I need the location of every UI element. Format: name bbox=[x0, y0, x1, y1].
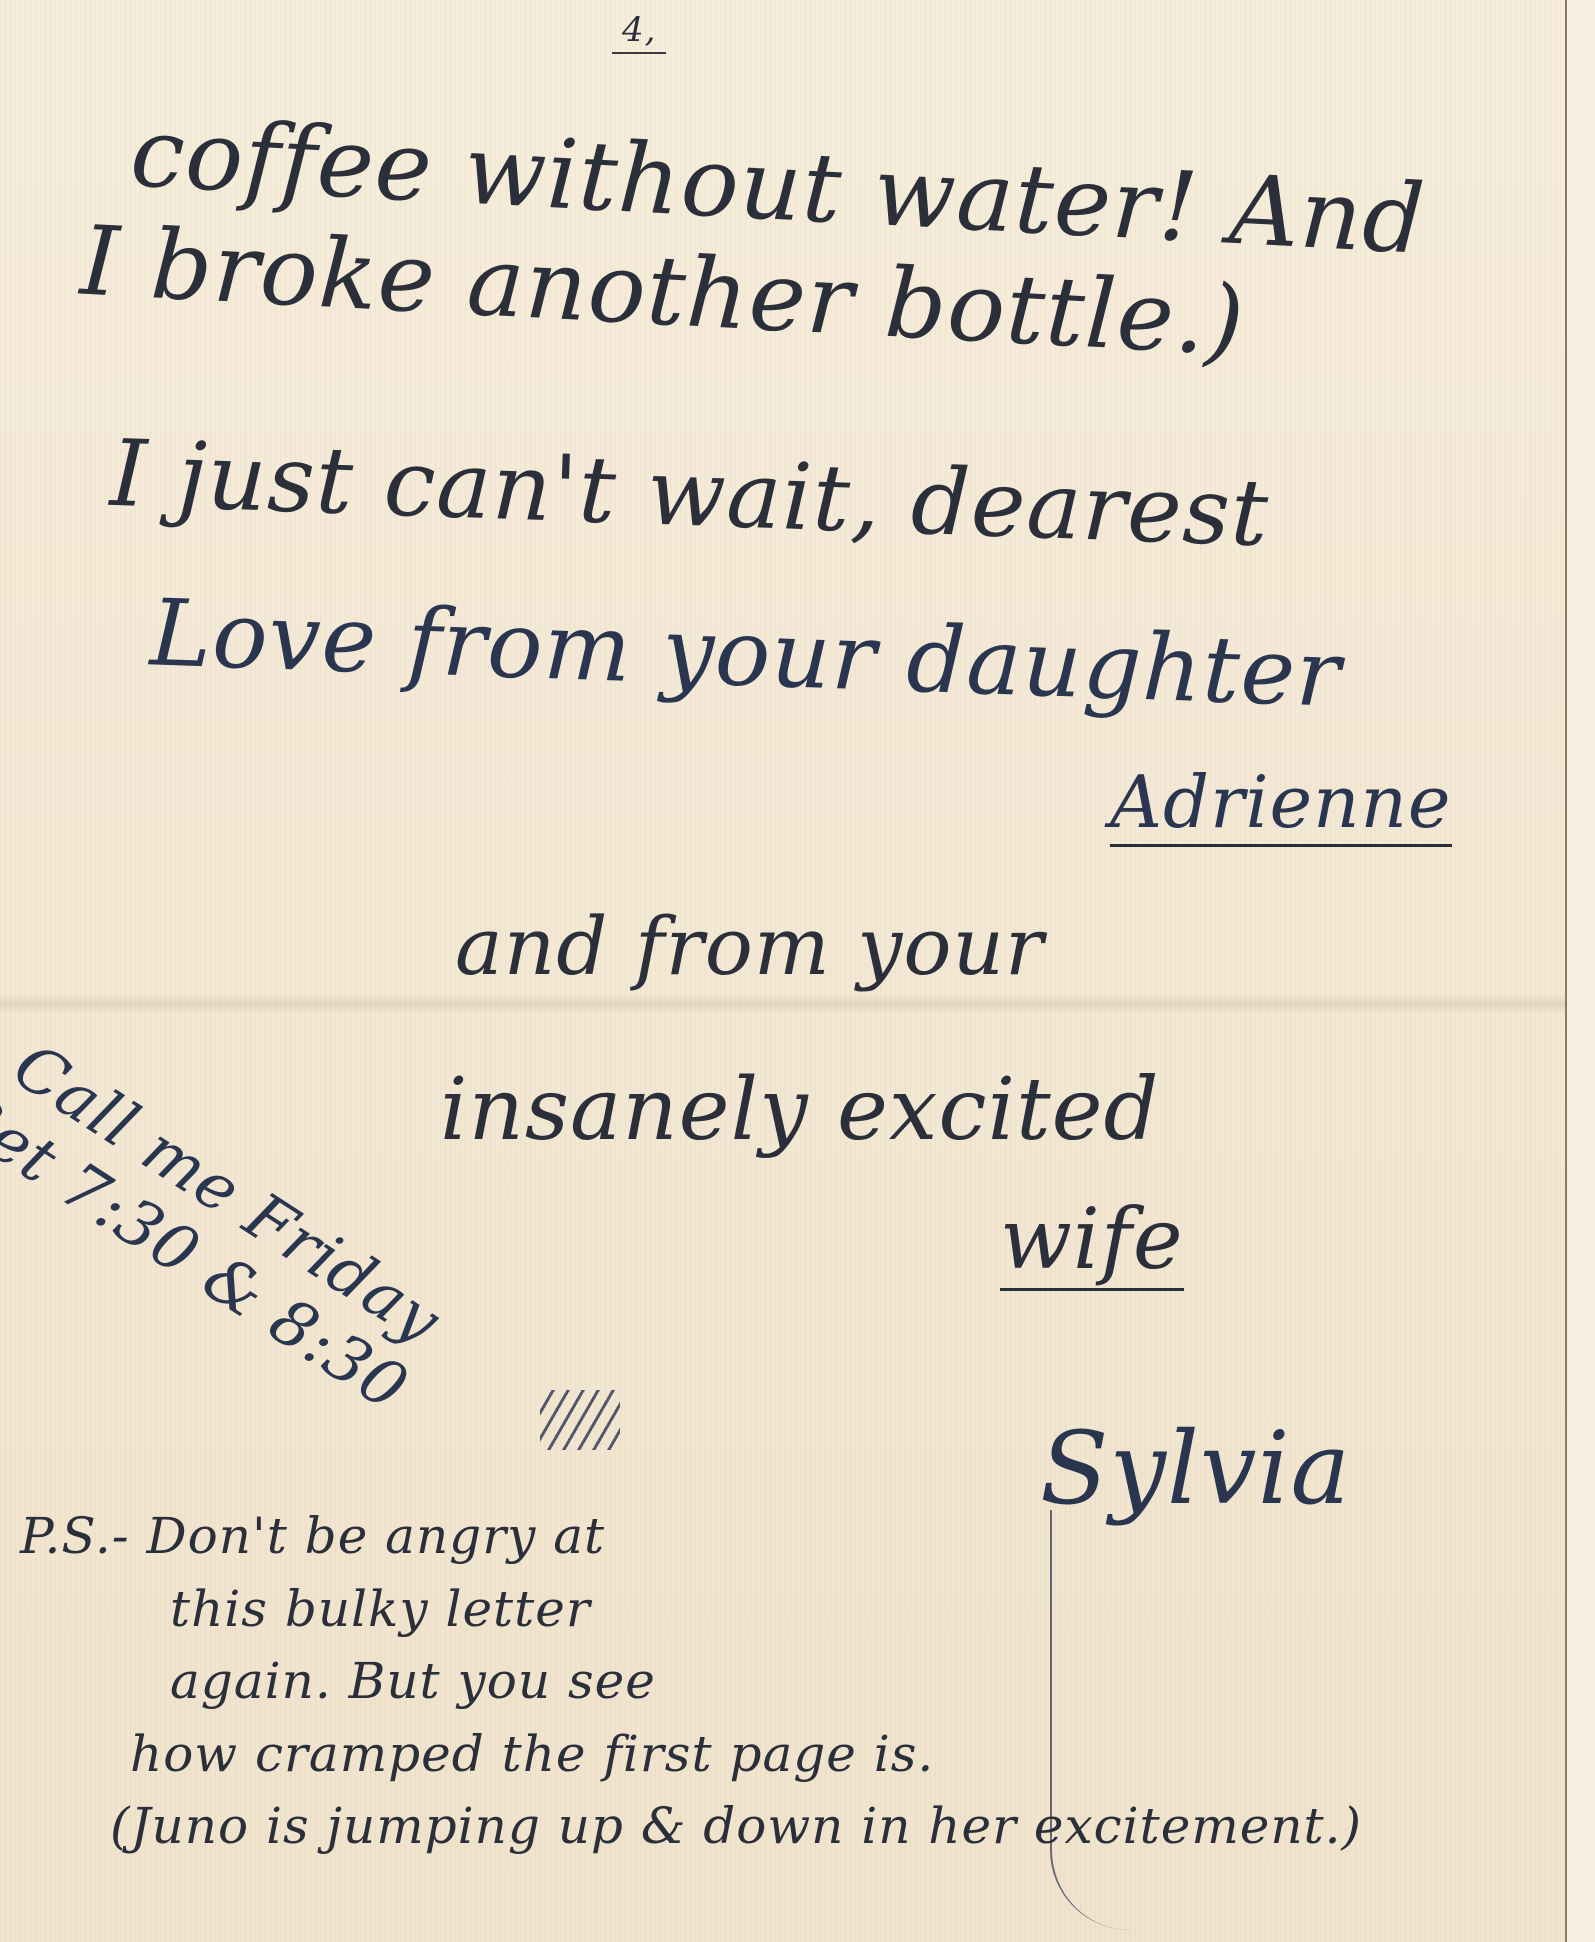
postscript-line-4: how cramped the first page is. bbox=[130, 1718, 1362, 1791]
body-line-6: and from your bbox=[455, 900, 1044, 993]
postscript-line-3: again. But you see bbox=[170, 1645, 1362, 1718]
body-line-3: I just can't wait, dearest bbox=[108, 420, 1270, 567]
postscript-line-5: (Juno is jumping up & down in her excite… bbox=[110, 1790, 1362, 1863]
body-line-8: wife bbox=[1000, 1190, 1184, 1291]
hatch-marks bbox=[540, 1390, 620, 1450]
body-line-7: insanely excited bbox=[440, 1060, 1160, 1160]
postscript-line-2: this bulky letter bbox=[170, 1573, 1362, 1646]
page-number: 4, bbox=[612, 10, 666, 54]
fold-crease bbox=[0, 995, 1565, 1013]
postscript-line-1: P.S.- Don't be angry at bbox=[20, 1500, 1362, 1573]
daughter-name: Adrienne bbox=[1110, 760, 1452, 847]
letter-page: 4, coffee without water! And I broke ano… bbox=[0, 0, 1567, 1942]
page-edge-strip bbox=[1567, 0, 1595, 1942]
margin-note: Call me Friday Bet 7:30 & 8:30 bbox=[0, 1030, 460, 1426]
postscript: P.S.- Don't be angry at this bulky lette… bbox=[20, 1500, 1362, 1863]
body-line-4: Love from your daughter bbox=[148, 579, 1342, 728]
